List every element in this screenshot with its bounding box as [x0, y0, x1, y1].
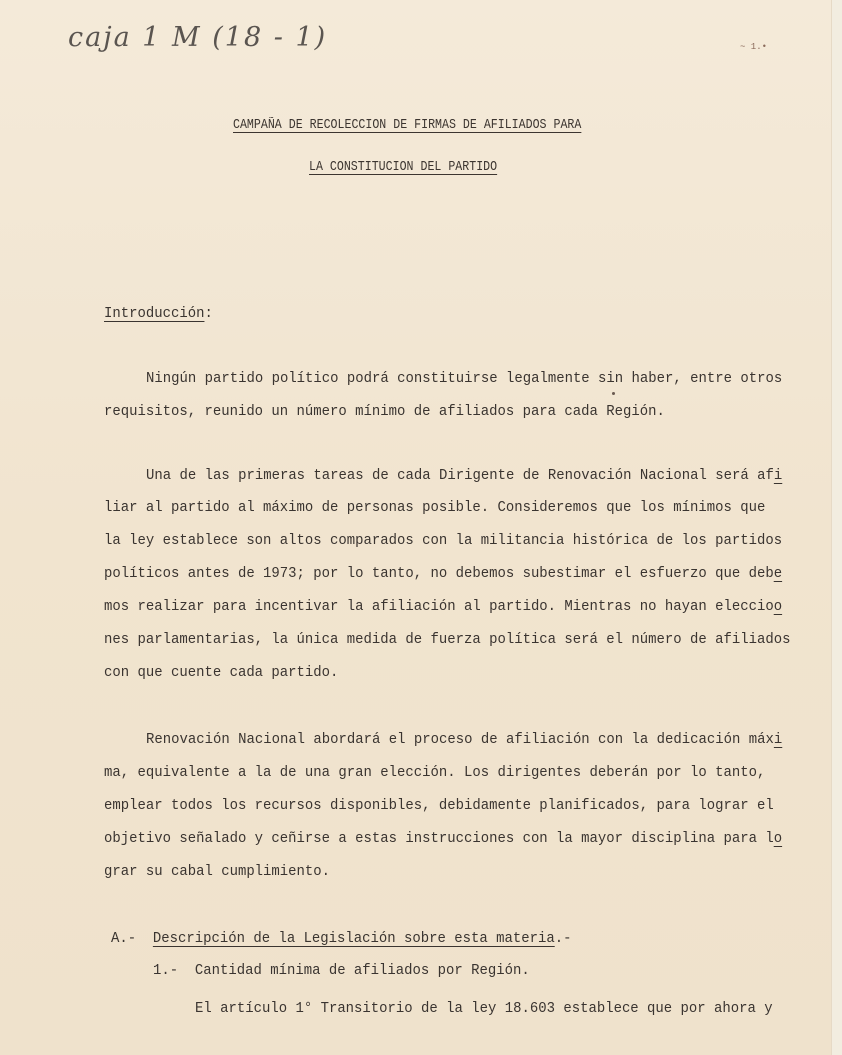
paragraph-2-line-6: nes parlamentarias, la única medida de f…	[104, 631, 790, 648]
section-a-suffix: .-	[555, 930, 572, 947]
hyphenation-mark: e	[774, 565, 782, 582]
paragraph-2-line-1: Una de las primeras tareas de cada Dirig…	[146, 467, 782, 484]
item-1-text: Cantidad mínima de afiliados por Región.	[195, 962, 530, 979]
paragraph-2-line-3: la ley establece son altos comparados co…	[104, 532, 782, 549]
item-1-label: 1.-	[153, 962, 178, 979]
document-page: caja 1 M (18 - 1) ~ 1.• CAMPAÑA DE RECOL…	[0, 0, 842, 1055]
paragraph-2-line-5-text: mos realizar para incentivar la afiliaci…	[104, 598, 774, 615]
hyphenation-mark: o	[774, 598, 782, 615]
hyphenation-mark: o	[774, 830, 782, 847]
paragraph-2-line-4: políticos antes de 1973; por lo tanto, n…	[104, 565, 782, 582]
paragraph-2-line-2: liar al partido al máximo de personas po…	[104, 499, 765, 516]
paragraph-2-line-5: mos realizar para incentivar la afiliaci…	[104, 598, 782, 615]
item-1-heading: 1.- Cantidad mínima de afiliados por Reg…	[153, 962, 530, 979]
paragraph-3-line-2: ma, equivalente a la de una gran elecció…	[104, 764, 765, 781]
handwritten-annotation: caja 1 M (18 - 1)	[68, 22, 327, 53]
paragraph-1-line-1: Ningún partido político podrá constituir…	[146, 370, 782, 387]
paragraph-2-line-1-text: Una de las primeras tareas de cada Dirig…	[146, 467, 774, 484]
item-1-body-line-1: El artículo 1° Transitorio de la ley 18.…	[195, 1000, 773, 1017]
introduction-heading-text: Introducción	[104, 305, 204, 322]
document-title-line-1: CAMPAÑA DE RECOLECCION DE FIRMAS DE AFIL…	[233, 118, 581, 133]
paragraph-3-line-3: emplear todos los recursos disponibles, …	[104, 797, 774, 814]
paragraph-3-line-4-text: objetivo señalado y ceñirse a estas inst…	[104, 830, 774, 847]
ink-speck	[612, 392, 615, 395]
hyphenation-mark: i	[774, 467, 782, 484]
section-a-heading: A.- Descripción de la Legislación sobre …	[111, 930, 571, 947]
ink-speck	[832, 600, 835, 603]
paragraph-3-line-1: Renovación Nacional abordará el proceso …	[146, 731, 782, 748]
archive-mark: ~ 1.•	[740, 42, 767, 52]
introduction-heading-colon: :	[204, 305, 212, 322]
paragraph-2-line-4-text: políticos antes de 1973; por lo tanto, n…	[104, 565, 774, 582]
paragraph-3-line-4: objetivo señalado y ceñirse a estas inst…	[104, 830, 782, 847]
paragraph-2-line-7: con que cuente cada partido.	[104, 664, 338, 681]
paragraph-3-line-1-text: Renovación Nacional abordará el proceso …	[146, 731, 774, 748]
section-a-title: Descripción de la Legislación sobre esta…	[153, 930, 555, 947]
document-title-line-2: LA CONSTITUCION DEL PARTIDO	[309, 160, 497, 175]
paragraph-3-line-5: grar su cabal cumplimiento.	[104, 863, 330, 880]
hyphenation-mark: i	[774, 731, 782, 748]
introduction-heading: Introducción:	[104, 305, 213, 322]
section-a-label: A.-	[111, 930, 136, 947]
paragraph-1-line-2: requisitos, reunido un número mínimo de …	[104, 403, 665, 420]
